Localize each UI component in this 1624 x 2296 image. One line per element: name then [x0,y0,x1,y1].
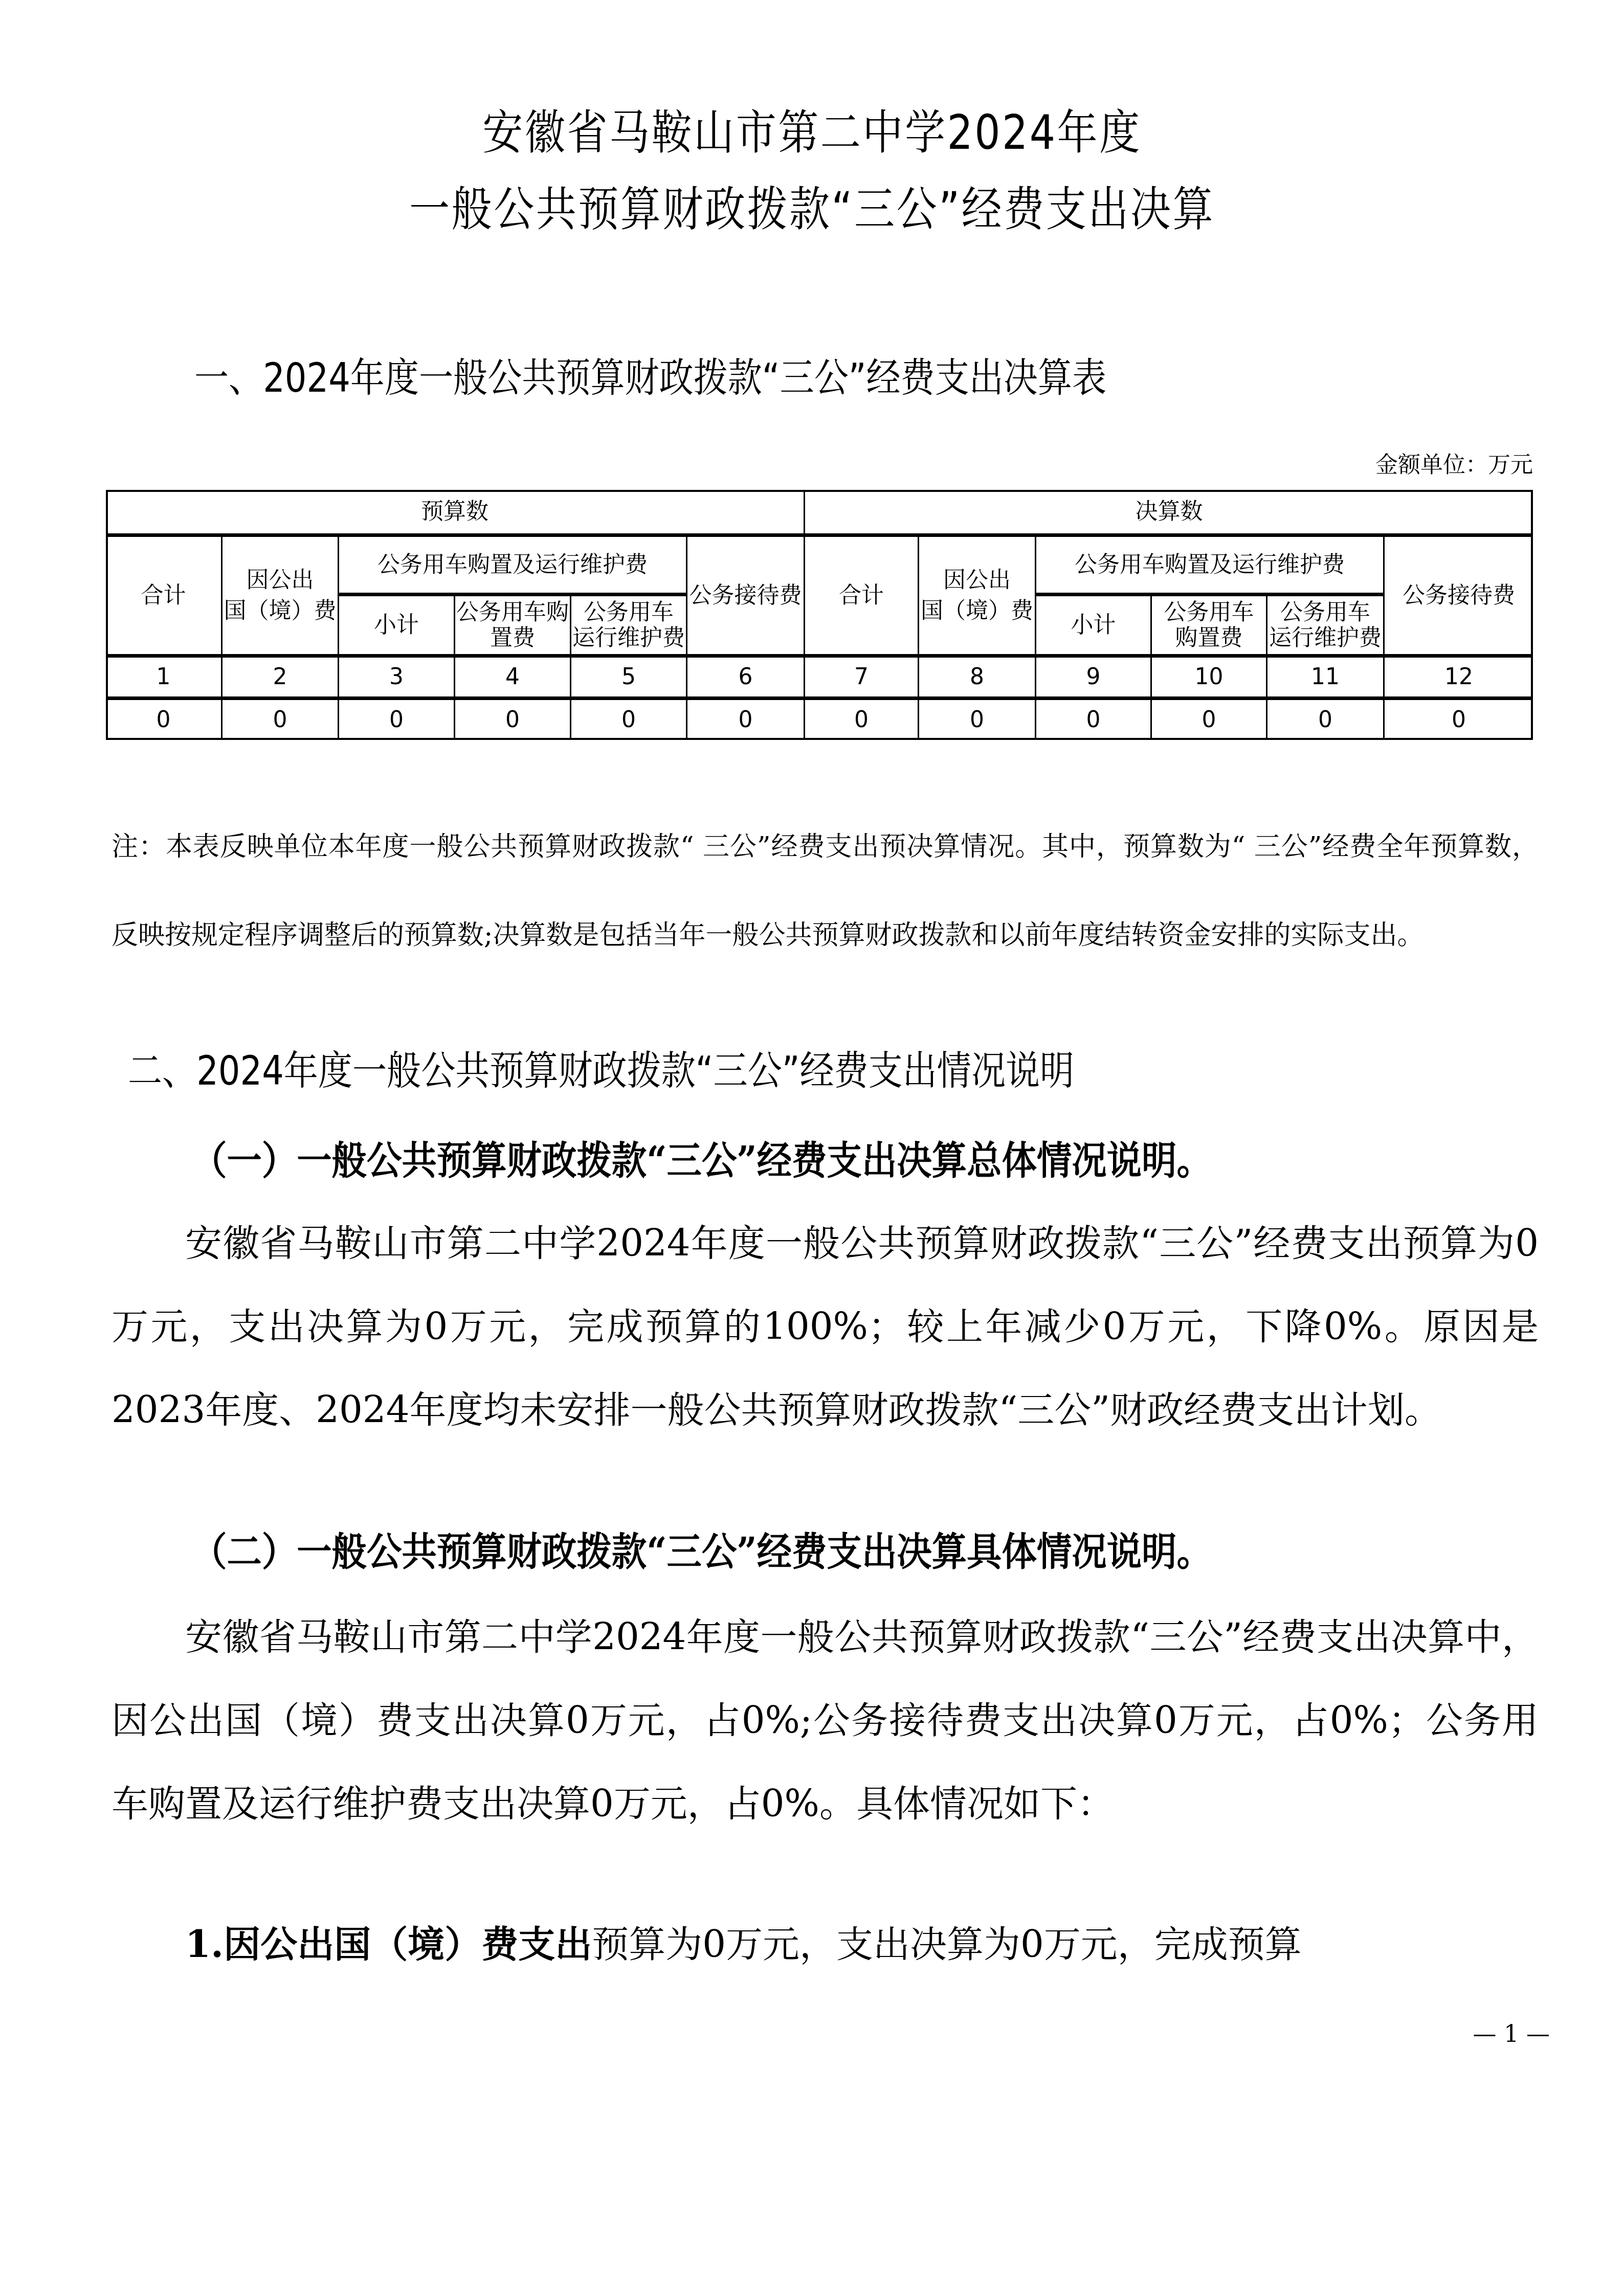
value-cell: 0 [1152,700,1267,740]
col-header-vehicle-operation-budget: 公务用车 运行维护费 [571,596,687,658]
value-cell: 0 [687,700,805,740]
index-cell: 1 [106,658,223,700]
col-header-vehicle-purchase-final: 公务用车 购置费 [1152,596,1267,658]
col-header-abroad-final: 因公出 国（境）费 [919,537,1036,658]
value-cell: 0 [455,700,571,740]
subsection2-heading: （二）一般公共预算财政拨款“三公”经费支出决算具体情况说明。 [192,1526,1212,1578]
index-cell: 11 [1267,658,1385,700]
section2-heading: 二、2024年度一般公共预算财政拨款“三公”经费支出情况说明 [128,1046,1074,1097]
index-cell: 3 [339,658,455,700]
value-cell: 0 [919,700,1036,740]
item1-text: 预算为0万元，支出决算为0万元，完成预算 [592,1923,1302,1966]
value-cell: 0 [1267,700,1385,740]
item1-lead: 1.因公出国（境）费支出 [185,1922,592,1966]
index-cell: 9 [1036,658,1152,700]
subsection1-body: 安徽省马鞍山市第二中学2024年度一般公共预算财政拨款“三公”经费支出预算为0万… [112,1202,1539,1452]
col-header-abroad-budget: 因公出 国（境）费 [223,537,339,658]
col-header-reception-budget: 公务接待费 [687,537,805,658]
table-note: 注：本表反映单位本年度一般公共预算财政拨款“ 三公”经费支出预决算情况。其中，预… [112,803,1539,980]
col-header-vehicle-group-final: 公务用车购置及运行维护费 [1036,537,1385,596]
value-cell: 0 [106,700,223,740]
document-title-line1: 安徽省马鞍山市第二中学2024年度 [114,102,1510,164]
index-cell: 6 [687,658,805,700]
index-cell: 5 [571,658,687,700]
item1-paragraph: 1.因公出国（境）费支出预算为0万元，支出决算为0万元，完成预算 [112,1902,1539,1986]
unit-label: 金额单位：万元 [1375,450,1533,481]
col-header-total-final: 合计 [805,537,919,658]
col-header-vehicle-group-budget: 公务用车购置及运行维护费 [339,537,687,596]
col-header-subtotal-budget: 小计 [339,596,455,658]
index-cell: 8 [919,658,1036,700]
value-cell: 0 [1385,700,1533,740]
col-header-reception-final: 公务接待费 [1385,537,1533,658]
col-header-vehicle-operation-final: 公务用车 运行维护费 [1267,596,1385,658]
document-title-line2: 一般公共预算财政拨款“三公”经费支出决算 [114,179,1510,240]
section1-heading: 一、2024年度一般公共预算财政拨款“三公”经费支出决算表 [194,353,1106,404]
index-cell: 10 [1152,658,1267,700]
index-cell: 4 [455,658,571,700]
index-cell: 12 [1385,658,1533,700]
value-cell: 0 [571,700,687,740]
index-cell: 7 [805,658,919,700]
col-header-subtotal-final: 小计 [1036,596,1152,658]
value-cell: 0 [223,700,339,740]
subsection2-body: 安徽省马鞍山市第二中学2024年度一般公共预算财政拨款“三公”经费支出决算中，因… [112,1595,1539,1845]
group-header-budget: 预算数 [106,490,805,537]
three-public-expenses-table: 预算数 决算数 合计 因公出 国（境）费 公务用车购置及运行维护费 小计 公务用… [106,490,1533,740]
page-number: — 1 — [1473,2020,1550,2047]
value-cell: 0 [1036,700,1152,740]
group-header-final: 决算数 [805,490,1533,537]
col-header-vehicle-purchase-budget: 公务用车购 置费 [455,596,571,658]
value-cell: 0 [805,700,919,740]
subsection1-heading: （一）一般公共预算财政拨款“三公”经费支出决算总体情况说明。 [192,1135,1212,1186]
value-cell: 0 [339,700,455,740]
index-cell: 2 [223,658,339,700]
col-header-total-budget: 合计 [106,537,223,658]
